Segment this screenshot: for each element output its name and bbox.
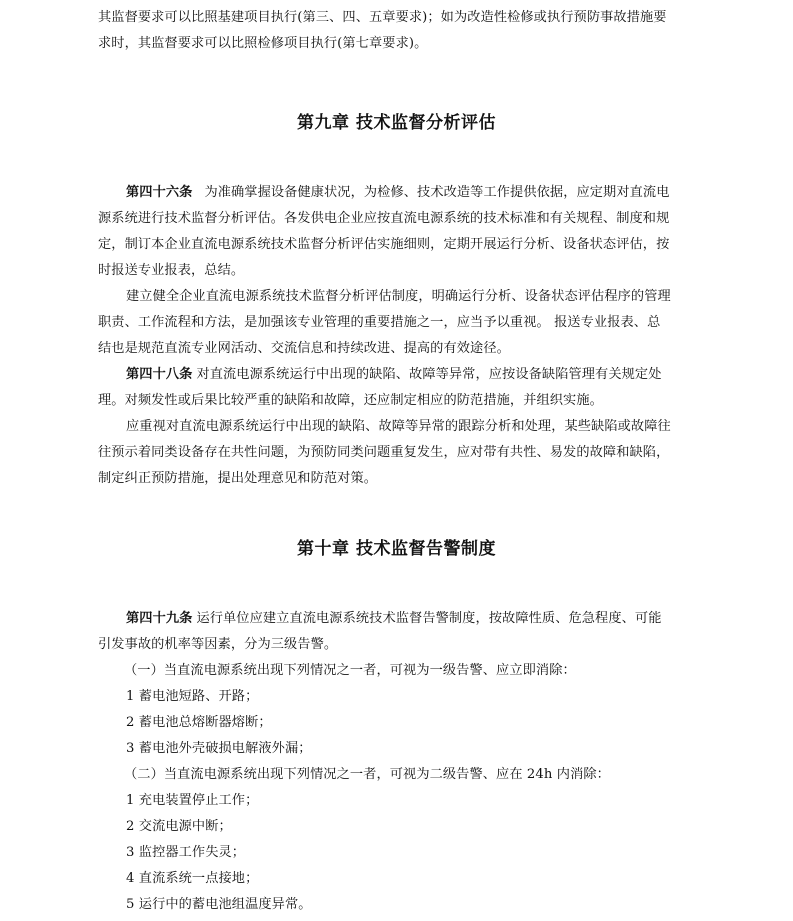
intro-line-2: 求时，其监督要求可以比照检修项目执行(第七章要求)。 (98, 35, 698, 52)
level-2-heading: （二）当直流电源系统出现下列情况之一者，可视为二级告警、应在 24h 内消除： (124, 766, 724, 783)
article-49-line-2: 引发事故的机率等因素，分为三级告警。 (98, 636, 698, 653)
intro-line-1: 其监督要求可以比照基建项目执行(第三、四、五章要求)；如为改造性检修或执行预防事… (98, 9, 698, 26)
article-46-line-3: 定，制订本企业直流电源系统技术监督分析评估实施细则，定期开展运行分析、设备状态评… (98, 236, 698, 253)
article-48-line-2: 理。对频发性或后果比较严重的缺陷和故障，还应制定相应的防范措施，并组织实施。 (98, 392, 698, 409)
level-2-item-2: 2 交流电源中断； (126, 818, 726, 835)
article-46-line-4: 时报送专业报表，总结。 (98, 262, 698, 279)
tracking-para-line-3: 制定纠正预防措施，提出处理意见和防范对策。 (98, 470, 698, 487)
system-para-line-2: 职责、工作流程和方法，是加强该专业管理的重要措施之一，应当予以重视。 报送专业报… (98, 314, 698, 331)
level-2-item-4: 4 直流系统一点接地； (126, 870, 726, 887)
article-48-label: 第四十八条 (126, 367, 192, 382)
chapter-9-title: 第九章 技术监督分析评估 (0, 112, 793, 134)
tracking-para-line-1: 应重视对直流电源系统运行中出现的缺陷、故障等异常的跟踪分析和处理，某些缺陷或故障… (126, 418, 726, 435)
level-2-item-1: 1 充电装置停止工作； (126, 792, 726, 809)
tracking-para-line-2: 往预示着同类设备存在共性问题，为预防同类问题重复发生，应对带有共性、易发的故障和… (98, 444, 698, 461)
level-1-item-3: 3 蓄电池外壳破损电解液外漏； (126, 740, 726, 757)
level-2-item-5: 5 运行中的蓄电池组温度异常。 (126, 896, 726, 913)
article-46-label: 第四十六条 (126, 185, 192, 200)
article-49-text-1: 运行单位应建立直流电源系统技术监督告警制度，按故障性质、危急程度、可能 (196, 611, 661, 626)
level-2-item-3: 3 监控器工作失灵； (126, 844, 726, 861)
chapter-10-title: 第十章 技术监督告警制度 (0, 538, 793, 560)
article-46-text-1: 为准确掌握设备健康状况，为检修、技术改造等工作提供依据，应定期对直流电 (204, 185, 669, 200)
level-1-item-1: 1 蓄电池短路、开路； (126, 688, 726, 705)
system-para-line-3: 结也是规范直流专业网活动、交流信息和持续改进、提高的有效途径。 (98, 340, 698, 357)
level-1-heading: （一）当直流电源系统出现下列情况之一者，可视为一级告警、应立即消除： (124, 662, 724, 679)
article-46-line-2: 源系统进行技术监督分析评估。各发供电企业应按直流电源系统的技术标准和有关规程、制… (98, 210, 698, 227)
level-1-item-2: 2 蓄电池总熔断器熔断； (126, 714, 726, 731)
document-page: 其监督要求可以比照基建项目执行(第三、四、五章要求)；如为改造性检修或执行预防事… (0, 0, 793, 921)
system-para-line-1: 建立健全企业直流电源系统技术监督分析评估制度，明确运行分析、设备状态评估程序的管… (126, 288, 726, 305)
article-48-text-1: 对直流电源系统运行中出现的缺陷、故障等异常，应按设备缺陷管理有关规定处 (196, 367, 661, 382)
article-49-label: 第四十九条 (126, 611, 192, 626)
article-49-line-1: 第四十九条运行单位应建立直流电源系统技术监督告警制度，按故障性质、危急程度、可能 (126, 610, 726, 627)
article-48-line-1: 第四十八条对直流电源系统运行中出现的缺陷、故障等异常，应按设备缺陷管理有关规定处 (126, 366, 726, 383)
article-46-line-1: 第四十六条为准确掌握设备健康状况，为检修、技术改造等工作提供依据，应定期对直流电 (126, 184, 726, 201)
